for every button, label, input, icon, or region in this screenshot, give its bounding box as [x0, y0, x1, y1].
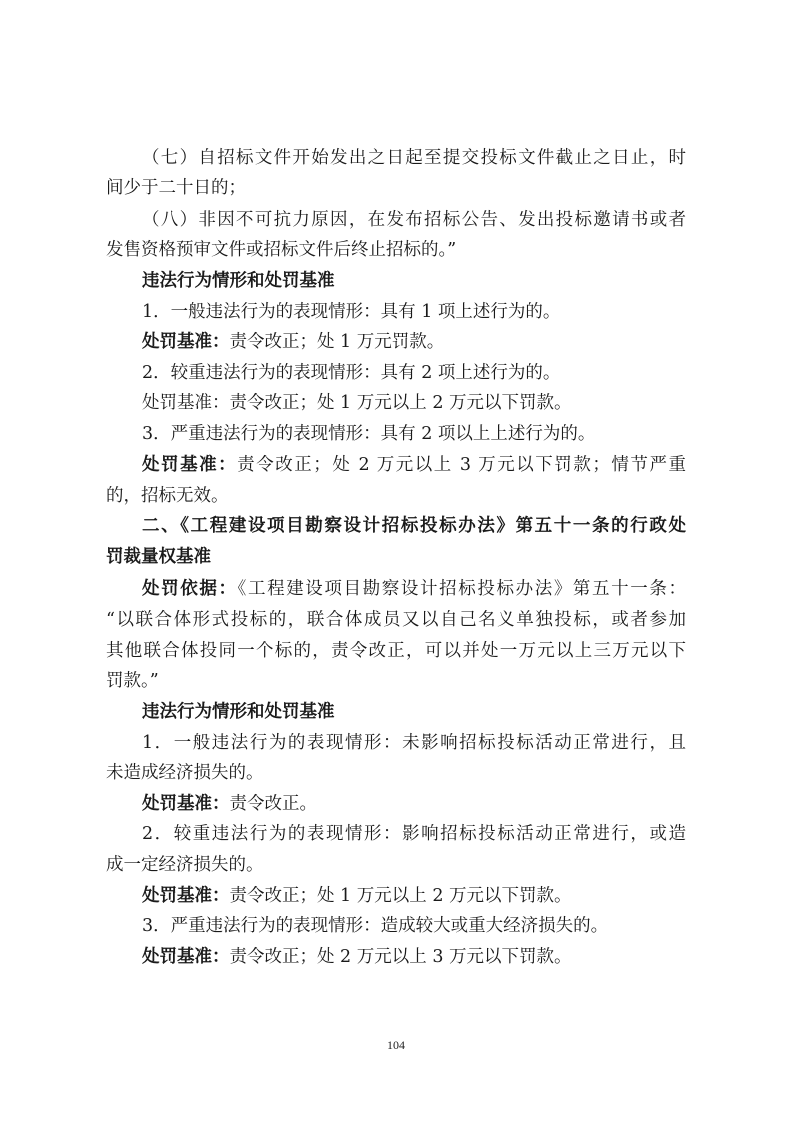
paragraph-item-8-line-1: （八）非因不可抗力原因，在发布招标公告、发出投标邀请书或者	[142, 205, 686, 235]
page-number: 104	[0, 1038, 792, 1053]
penalty-basis-3-cont: 的，招标无效。	[106, 481, 686, 511]
quote-line-3: 罚款。”	[106, 666, 686, 696]
penalty-basis-text: 责令改正；处 1 万元以上 2 万元以下罚款。	[230, 393, 572, 413]
penalty-basis-label: 处罚基准：	[142, 455, 237, 475]
section-title-2-line-2: 罚裁量权基准	[106, 542, 686, 572]
violation-general-2: 1．一般违法行为的表现情形：未影响招标投标活动正常进行，且	[142, 728, 686, 758]
penalty-basis-text: 责令改正；处 1 万元罚款。	[230, 332, 445, 352]
penalty-basis-4: 处罚基准：责令改正。	[142, 789, 686, 819]
penalty-basis-label: 处罚基准：	[142, 794, 230, 814]
penalty-basis-2: 处罚基准：责令改正；处 1 万元以上 2 万元以下罚款。	[142, 388, 686, 418]
penalty-basis-label: 处罚基准：	[142, 947, 230, 967]
section-title-2-line-1: 二、《工程建设项目勘察设计招标投标办法》第五十一条的行政处	[142, 511, 686, 541]
penalty-basis-label: 处罚基准：	[142, 332, 230, 352]
penalty-legal-basis: 处罚依据：《工程建设项目勘察设计招标投标办法》第五十一条：	[142, 574, 686, 604]
violation-serious-1: 2．较重违法行为的表现情形：具有 2 项上述行为的。	[142, 358, 686, 388]
paragraph-item-8-line-2: 发售资格预审文件或招标文件后终止招标的。”	[106, 235, 686, 265]
violation-general-1: 1．一般违法行为的表现情形：具有 1 项上述行为的。	[142, 297, 686, 327]
legal-basis-text: 《工程建设项目勘察设计招标投标办法》第五十一条：	[238, 579, 686, 599]
penalty-basis-text: 责令改正；处 2 万元以上 3 万元以下罚款。	[230, 947, 572, 967]
penalty-basis-1: 处罚基准：责令改正；处 1 万元罚款。	[142, 327, 686, 357]
legal-basis-label: 处罚依据：	[142, 579, 238, 599]
penalty-basis-text: 责令改正。	[230, 794, 318, 814]
document-page: （七）自招标文件开始发出之日起至提交投标文件截止之日止，时 间少于二十日的； （…	[0, 0, 792, 1121]
violation-general-2-cont: 未造成经济损失的。	[106, 758, 686, 788]
penalty-basis-5: 处罚基准：责令改正；处 1 万元以上 2 万元以下罚款。	[142, 881, 686, 911]
violation-serious-2: 2．较重违法行为的表现情形：影响招标投标活动正常进行，或造	[142, 819, 686, 849]
penalty-basis-3: 处罚基准：责令改正；处 2 万元以上 3 万元以下罚款；情节严重	[142, 450, 686, 480]
quote-line-1: “以联合体形式投标的，联合体成员又以自己名义单独投标，或者参加	[106, 605, 686, 635]
paragraph-item-7-line-2: 间少于二十日的；	[106, 173, 686, 203]
section-heading-violations-2: 违法行为情形和处罚基准	[142, 697, 686, 727]
penalty-basis-label: 处罚基准：	[142, 393, 230, 413]
paragraph-item-7-line-1: （七）自招标文件开始发出之日起至提交投标文件截止之日止，时	[142, 143, 686, 173]
violation-severe-2: 3．严重违法行为的表现情形：造成较大或重大经济损失的。	[142, 911, 686, 941]
penalty-basis-text: 责令改正；处 1 万元以上 2 万元以下罚款。	[230, 886, 572, 906]
penalty-basis-label: 处罚基准：	[142, 886, 230, 906]
section-heading-violations-1: 违法行为情形和处罚基准	[142, 266, 686, 296]
penalty-basis-6: 处罚基准：责令改正；处 2 万元以上 3 万元以下罚款。	[142, 942, 686, 972]
penalty-basis-text: 责令改正；处 2 万元以上 3 万元以下罚款；情节严重	[237, 455, 686, 475]
violation-serious-2-cont: 成一定经济损失的。	[106, 850, 686, 880]
quote-line-2: 其他联合体投同一个标的，责令改正，可以并处一万元以上三万元以下	[106, 636, 686, 666]
violation-severe-1: 3．严重违法行为的表现情形：具有 2 项以上上述行为的。	[142, 419, 686, 449]
